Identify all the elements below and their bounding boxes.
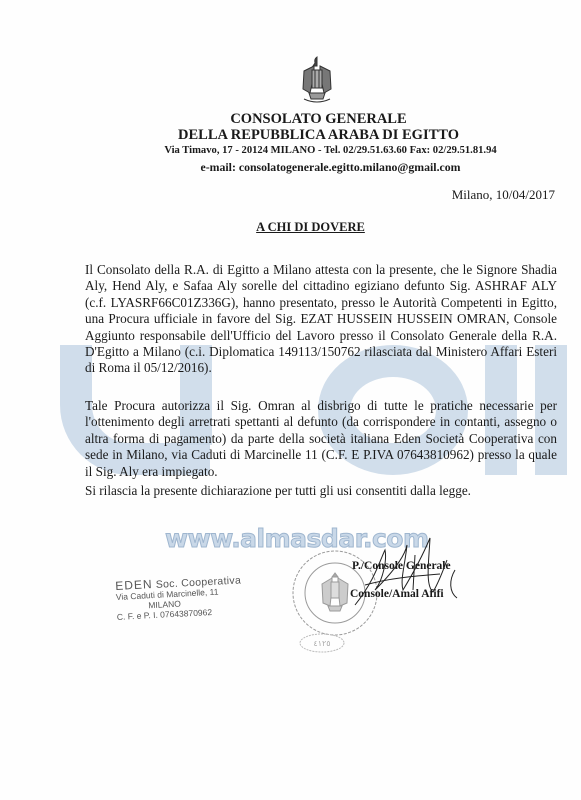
company-stamp: EDEN Soc. Cooperativa Via Caduti di Marc…: [115, 574, 243, 622]
document-page: www.almasdar.com CONSOLATO GENERALE DELL…: [0, 0, 581, 800]
document-title: A CHI DI DOVERE: [0, 220, 581, 235]
seal-number-stamp-icon: ٤١٢٥: [298, 632, 346, 654]
body-paragraph-2: Tale Procura autorizza il Sig. Omran al …: [85, 398, 557, 480]
header-address-contacts: Via Timavo, 17 - 20124 MILANO - Tel. 02/…: [40, 145, 581, 156]
header-consulate-name: CONSOLATO GENERALE: [28, 111, 581, 128]
svg-text:٤١٢٥: ٤١٢٥: [313, 639, 330, 648]
body-paragraph-1: Il Consolato della R.A. di Egitto a Mila…: [85, 262, 557, 377]
eagle-emblem-icon: [300, 55, 334, 105]
header-email: e-mail: consolatogenerale.egitto.milano@…: [40, 160, 581, 175]
body-paragraph-3: Si rilascia la presente dichiarazione pe…: [85, 483, 557, 499]
header-republic-name: DELLA REPUBBLICA ARABA DI EGITTO: [28, 127, 581, 144]
document-date: Milano, 10/04/2017: [452, 187, 555, 203]
handwritten-signature: [345, 530, 495, 610]
